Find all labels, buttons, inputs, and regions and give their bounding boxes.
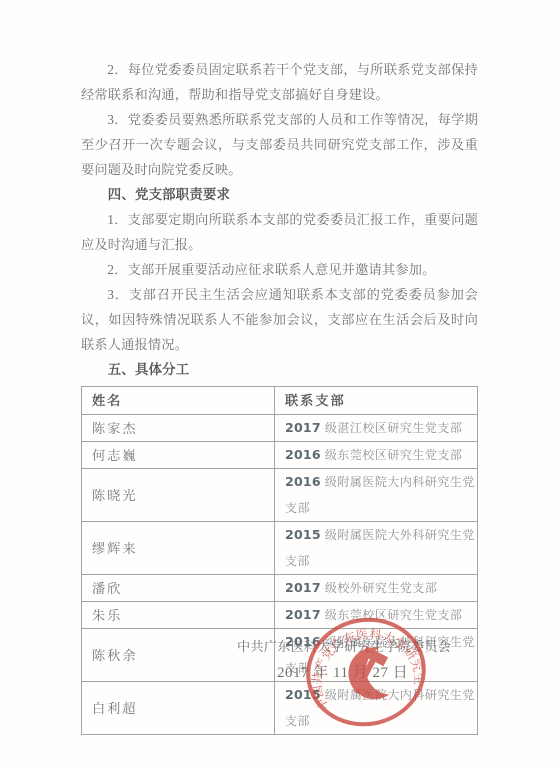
table-row: 何志巍 2016级东莞校区研究生党支部 bbox=[82, 442, 478, 469]
branch-year: 2016 bbox=[285, 474, 321, 489]
signature-date: 2017 年 11 月 27 日 bbox=[277, 661, 408, 682]
branch-name: 级校外研究生党支部 bbox=[325, 581, 438, 595]
branch-year: 2015 bbox=[285, 527, 321, 542]
branch-name: 级东莞校区研究生党支部 bbox=[325, 608, 463, 622]
section-5-heading: 五、具体分工 bbox=[81, 357, 478, 382]
member-name: 缪辉来 bbox=[82, 522, 275, 575]
scanned-document-page: 2．每位党委委员固定联系若干个党支部，与所联系党支部保持经常联系和沟通，帮助和指… bbox=[0, 0, 558, 768]
committee-signature: 中共广东医科大学研究生学院委员会 bbox=[237, 636, 451, 655]
table-header-row: 姓名 联系支部 bbox=[82, 387, 478, 415]
branch-name: 级湛江校区研究生党支部 bbox=[325, 421, 463, 435]
member-name: 陈晓光 bbox=[82, 469, 275, 522]
branch-cell: 2016级东莞校区研究生党支部 bbox=[275, 442, 478, 469]
branch-cell: 2017级校外研究生党支部 bbox=[275, 575, 478, 602]
branch-cell: 2017级湛江校区研究生党支部 bbox=[275, 415, 478, 442]
table-row: 缪辉来 2015级附属医院大外科研究生党支部 bbox=[82, 522, 478, 575]
paragraph-3: 3．党委委员要熟悉所联系党支部的人员和工作等情况，每学期至少召开一次专题会议，与… bbox=[81, 107, 478, 182]
branch-year: 2016 bbox=[285, 447, 321, 462]
branch-year: 2017 bbox=[285, 420, 321, 435]
section-4-heading: 四、党支部职责要求 bbox=[81, 182, 478, 207]
table-row: 朱乐 2017级东莞校区研究生党支部 bbox=[82, 602, 478, 629]
document-body: 2．每位党委委员固定联系若干个党支部，与所联系党支部保持经常联系和沟通，帮助和指… bbox=[81, 57, 478, 735]
branch-name: 级东莞校区研究生党支部 bbox=[325, 448, 463, 462]
member-name: 潘欣 bbox=[82, 575, 275, 602]
branch-year: 2015 bbox=[285, 687, 321, 702]
branch-cell: 2015级附属医院大内科研究生党支部 bbox=[275, 682, 478, 735]
branch-cell: 2016级附属医院大内科研究生党支部 bbox=[275, 469, 478, 522]
assignment-table: 姓名 联系支部 陈家杰 2017级湛江校区研究生党支部 何志巍 2016级东莞校… bbox=[81, 386, 478, 735]
table-row: 潘欣 2017级校外研究生党支部 bbox=[82, 575, 478, 602]
member-name: 何志巍 bbox=[82, 442, 275, 469]
branch-cell: 2015级附属医院大外科研究生党支部 bbox=[275, 522, 478, 575]
paragraph-2: 2．每位党委委员固定联系若干个党支部，与所联系党支部保持经常联系和沟通，帮助和指… bbox=[81, 57, 478, 107]
branch-cell: 2017级东莞校区研究生党支部 bbox=[275, 602, 478, 629]
table-row: 陈晓光 2016级附属医院大内科研究生党支部 bbox=[82, 469, 478, 522]
member-name: 陈家杰 bbox=[82, 415, 275, 442]
column-header-branch: 联系支部 bbox=[275, 387, 478, 415]
member-name: 朱乐 bbox=[82, 602, 275, 629]
section-4-item-1: 1．支部要定期向所联系本支部的党委委员汇报工作，重要问题应及时沟通与汇报。 bbox=[81, 207, 478, 257]
branch-year: 2017 bbox=[285, 580, 321, 595]
table-row: 白利超 2015级附属医院大内科研究生党支部 bbox=[82, 682, 478, 735]
section-4-item-3: 3．支部召开民主生活会应通知联系本支部的党委委员参加会议，如因特殊情况联系人不能… bbox=[81, 282, 478, 357]
member-name: 白利超 bbox=[82, 682, 275, 735]
column-header-name: 姓名 bbox=[82, 387, 275, 415]
section-4-item-2: 2．支部开展重要活动应征求联系人意见并邀请其参加。 bbox=[81, 257, 478, 282]
table-row: 陈家杰 2017级湛江校区研究生党支部 bbox=[82, 415, 478, 442]
branch-year: 2017 bbox=[285, 607, 321, 622]
